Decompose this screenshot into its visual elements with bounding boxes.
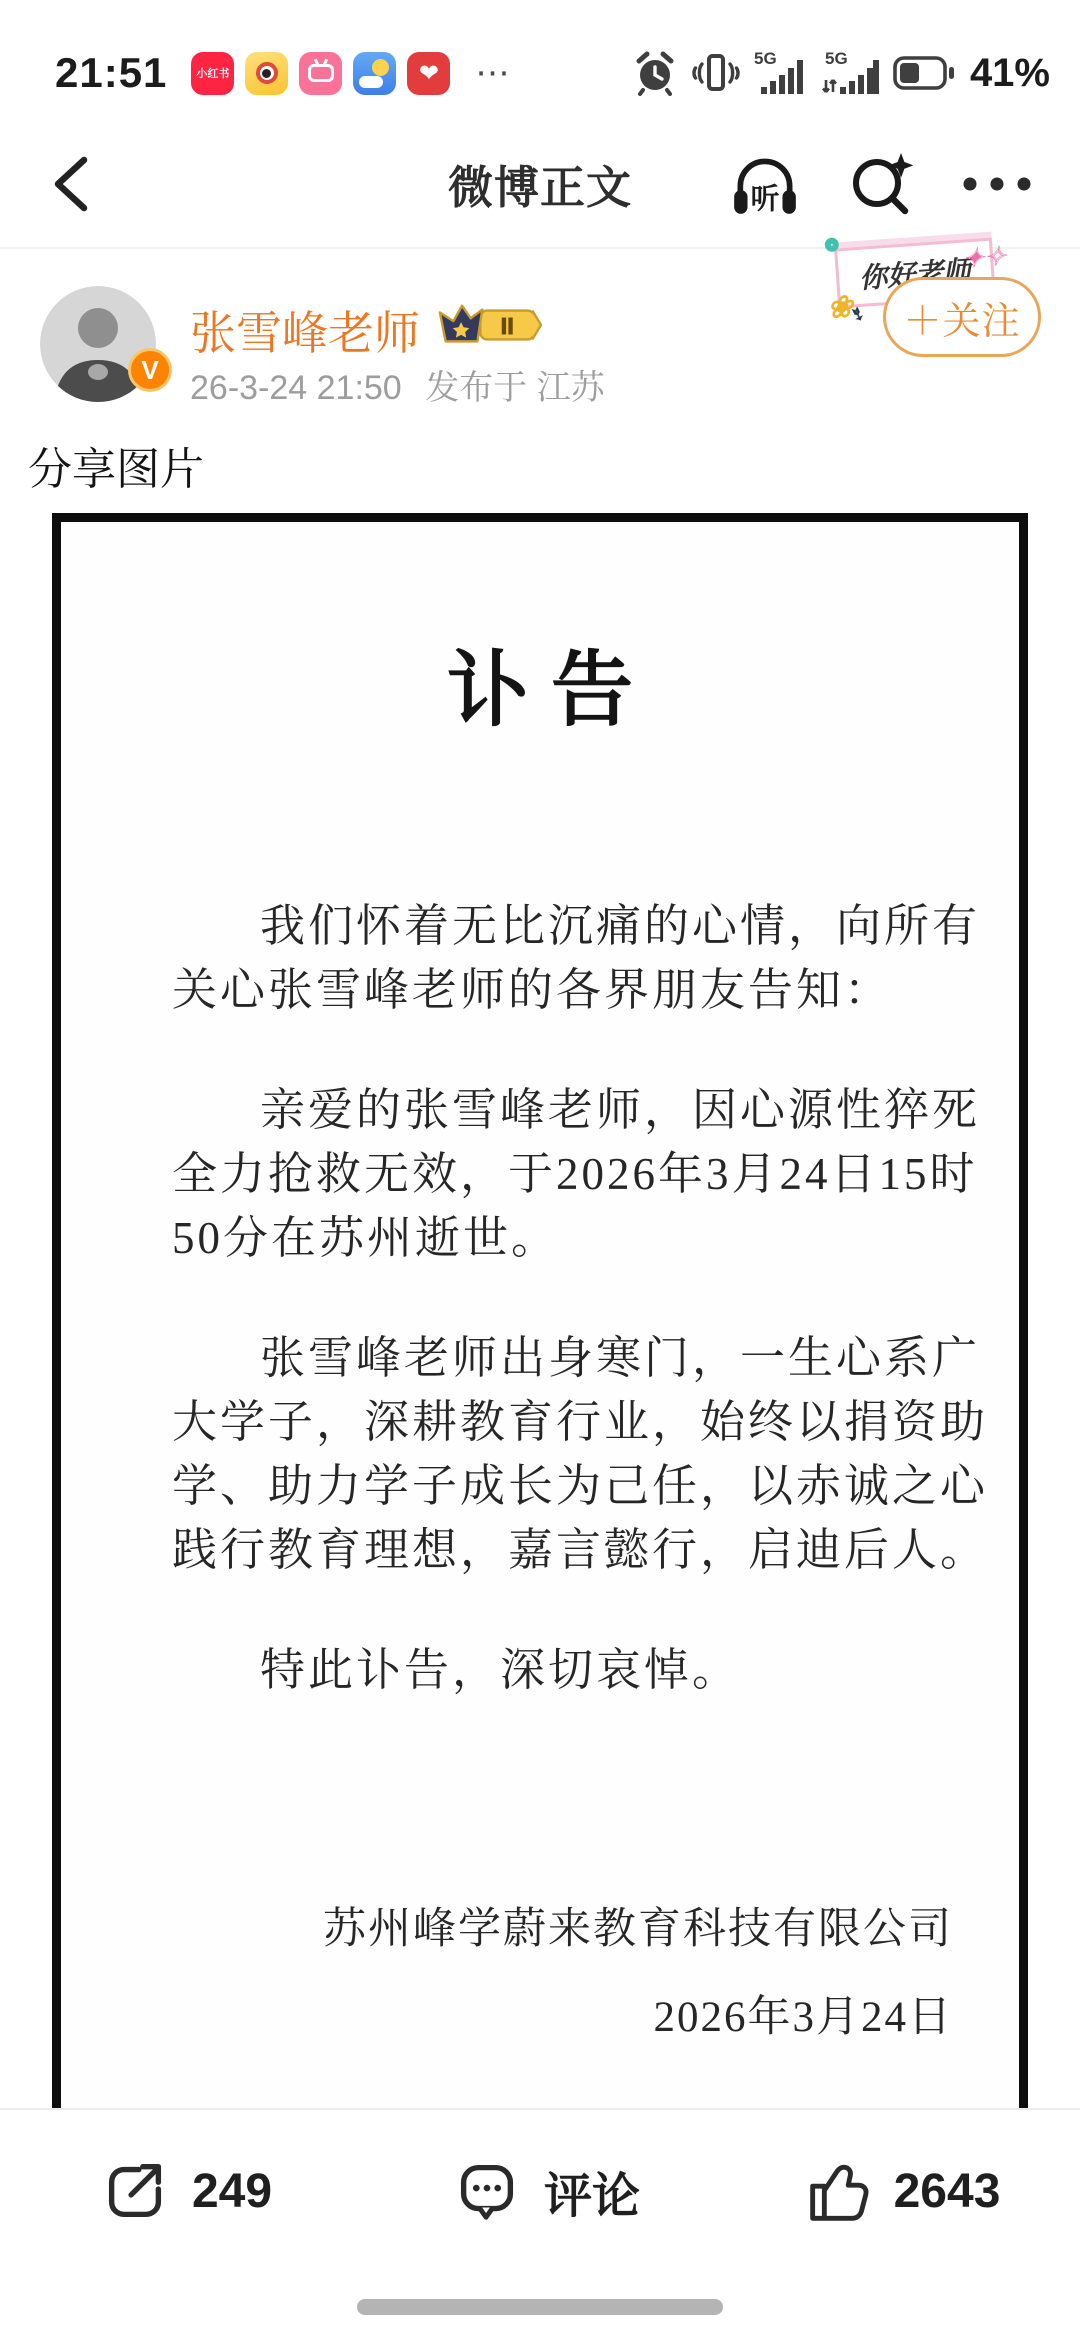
share-button[interactable]: 249 bbox=[0, 2154, 370, 2228]
signature-company: 苏州峰学蔚来教育科技有限公司 bbox=[61, 1886, 953, 1974]
notice-line: 特此讣告，深切哀悼。 bbox=[172, 1638, 1002, 1702]
follow-button[interactable]: ＋关注 bbox=[883, 277, 1041, 357]
notice-paragraph: 张雪峰老师出身寒门，一生心系广大学子，深耕教育行业，始终以捐资助学、助力学子成长… bbox=[172, 1326, 1002, 1582]
home-indicator[interactable] bbox=[357, 2299, 723, 2315]
sun-icon bbox=[372, 59, 389, 76]
notice-line: 亲爱的张雪峰老师，因心源性猝死 bbox=[172, 1078, 1002, 1142]
vip-crown-badge: Ⅱ bbox=[436, 299, 542, 351]
notice-line: 大学子，深耕教育行业，始终以捐资助 bbox=[172, 1390, 1002, 1454]
notice-paragraphs: 我们怀着无比沉痛的心情，向所有关心张雪峰老师的各界朋友告知：亲爱的张雪峰老师，因… bbox=[172, 894, 1002, 1702]
vibrate-icon bbox=[692, 49, 740, 97]
notice-paragraph: 我们怀着无比沉痛的心情，向所有关心张雪峰老师的各界朋友告知： bbox=[172, 894, 1002, 1022]
notice-line: 张雪峰老师出身寒门，一生心系广 bbox=[172, 1326, 1002, 1390]
clock-time: 21:51 bbox=[55, 49, 167, 97]
signal-5g-icon: 5G bbox=[753, 49, 809, 97]
notification-app-icons: 小红书 ❤ ⋯ bbox=[191, 52, 511, 95]
notice-line: 关心张雪峰老师的各界朋友告知： bbox=[172, 958, 1002, 1022]
share-icon bbox=[98, 2154, 172, 2228]
post-body-text: 分享图片 bbox=[28, 433, 204, 497]
notice-line: 全力抢救无效，于2026年3月24日15时 bbox=[172, 1142, 1002, 1206]
cloud-icon bbox=[359, 76, 383, 88]
like-button[interactable]: 2643 bbox=[720, 2154, 1080, 2228]
post-location: 发布于 江苏 bbox=[425, 369, 604, 407]
page-title: 微博正文 bbox=[0, 151, 1080, 216]
more-notifications-icon: ⋯ bbox=[475, 63, 511, 83]
battery-icon bbox=[893, 51, 957, 95]
sticker-arrow-icon: ➴ bbox=[845, 300, 866, 328]
notice-line: 践行教育理想，嘉言懿行，启迪后人。 bbox=[172, 1518, 1002, 1582]
post-timestamp: 26-3-24 21:50 bbox=[190, 369, 402, 407]
notice-title: 讣告 bbox=[61, 650, 1019, 732]
signature-date: 2026年3月24日 bbox=[61, 1974, 953, 2062]
notice-paragraph: 亲爱的张雪峰老师，因心源性猝死全力抢救无效，于2026年3月24日15时50分在… bbox=[172, 1078, 1002, 1270]
sparkle-icon: ✦✧ bbox=[962, 242, 1008, 275]
nav-bar: 微博正文 听 bbox=[0, 120, 1080, 249]
status-icons: 5G 5G bbox=[631, 49, 1050, 97]
post-image[interactable]: 讣告 我们怀着无比沉痛的心情，向所有关心张雪峰老师的各界朋友告知：亲爱的张雪峰老… bbox=[52, 513, 1028, 2108]
notice-line: 学、助力学子成长为己任，以赤诚之心 bbox=[172, 1454, 1002, 1518]
notice-line: 我们怀着无比沉痛的心情，向所有 bbox=[172, 894, 1002, 958]
status-bar: 21:51 小红书 ❤ ⋯ bbox=[0, 0, 1080, 120]
heart-app-icon: ❤ bbox=[407, 52, 450, 95]
bilibili-tv-logo bbox=[308, 64, 334, 82]
thumbs-up-icon bbox=[800, 2154, 874, 2228]
weibo-app-icon bbox=[245, 52, 288, 95]
signal-5g-secondary-icon: 5G bbox=[822, 49, 880, 97]
comment-icon bbox=[450, 2154, 524, 2228]
weibo-eye-logo bbox=[256, 62, 278, 84]
network-type-label: 5G bbox=[825, 49, 848, 68]
comment-button[interactable]: 评论 bbox=[370, 2154, 720, 2228]
bilibili-app-icon bbox=[299, 52, 342, 95]
battery-percent: 41% bbox=[970, 51, 1050, 96]
network-type-label: 5G bbox=[754, 49, 777, 68]
share-count: 249 bbox=[192, 2164, 272, 2219]
notice-paragraph: 特此讣告，深切哀悼。 bbox=[172, 1638, 1002, 1702]
comment-label: 评论 bbox=[544, 2157, 640, 2226]
author-name[interactable]: 张雪峰老师 bbox=[190, 297, 420, 363]
post-meta: 26-3-24 21:50 发布于 江苏 bbox=[190, 360, 619, 409]
xiaohongshu-app-icon: 小红书 bbox=[191, 52, 234, 95]
weather-app-icon bbox=[353, 52, 396, 95]
verified-v-badge: V bbox=[128, 348, 172, 392]
sticker-pin-icon bbox=[824, 237, 839, 252]
notice-line: 50分在苏州逝世。 bbox=[172, 1206, 1002, 1270]
like-count: 2643 bbox=[894, 2164, 1001, 2219]
notice-signature: 苏州峰学蔚来教育科技有限公司 2026年3月24日 bbox=[61, 1886, 1019, 2062]
vip-level-label: Ⅱ bbox=[500, 314, 515, 340]
alarm-icon bbox=[631, 49, 679, 97]
